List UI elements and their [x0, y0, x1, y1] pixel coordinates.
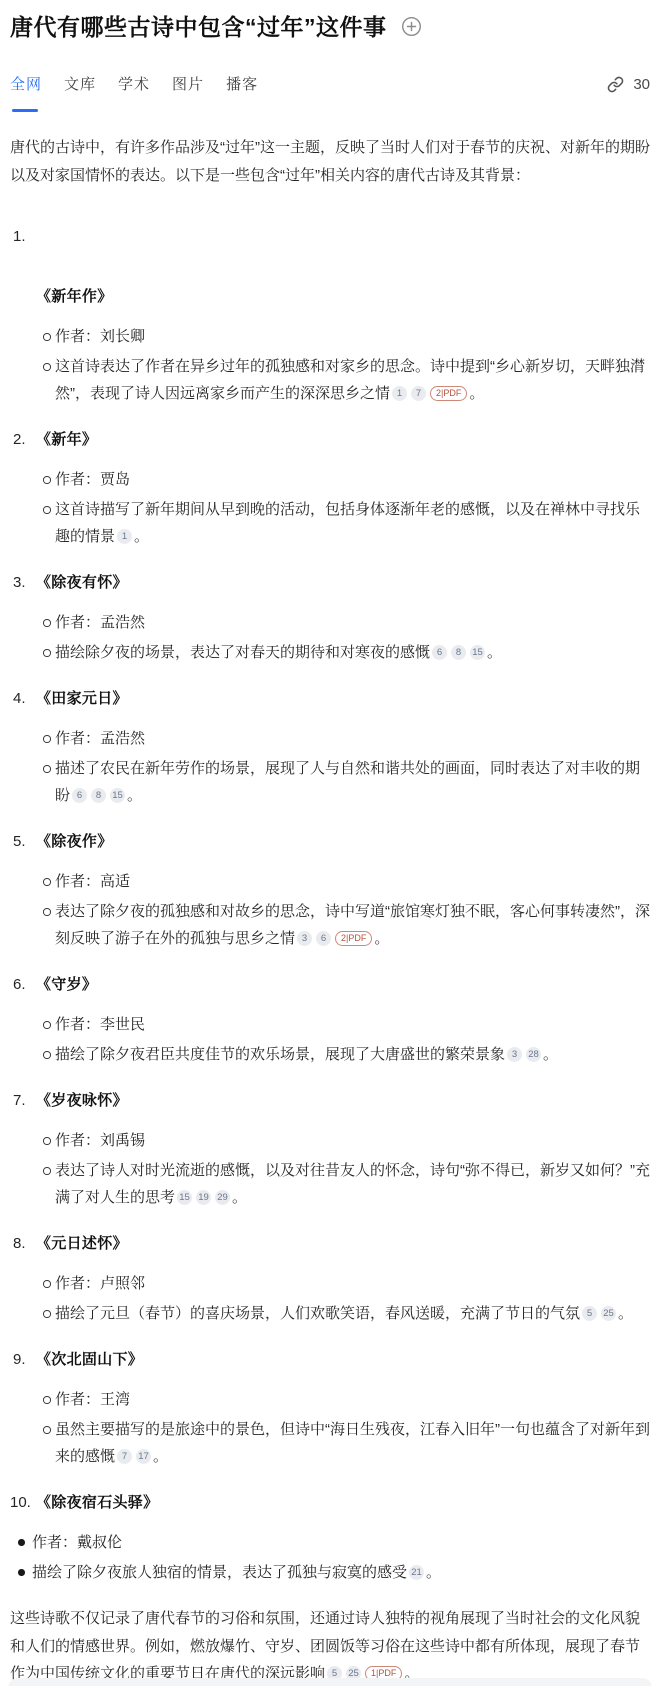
- poem-detail-list: 作者：孟浩然描绘除夕夜的场景，表达了对春天的期待和对寒夜的感慨6815。: [10, 609, 650, 666]
- page-title: 唐代有哪些古诗中包含“过年”这件事: [10, 12, 387, 42]
- description-line: 描绘了除夕夜君臣共度佳节的欢乐场景，展现了大唐盛世的繁荣景象328。: [10, 1041, 650, 1068]
- poem-detail-list: 作者：卢照邻描绘了元旦（春节）的喜庆场景，人们欢歌笑语，春风送暖，充满了节日的气…: [10, 1270, 650, 1327]
- citation-badge[interactable]: 15: [470, 645, 485, 660]
- poem-title: 《新年》: [36, 431, 97, 448]
- author-line: 作者：孟浩然: [10, 609, 650, 636]
- description-text: 描绘了除夕夜君臣共度佳节的欢乐场景，展现了大唐盛世的繁荣景象: [55, 1046, 505, 1063]
- list-number: 1.: [10, 223, 36, 250]
- citation-badge[interactable]: 15: [177, 1190, 192, 1205]
- poem-detail-list: 作者：戴叔伦描绘了除夕夜旅人独宿的情景，表达了孤独与寂寞的感受21。: [10, 1529, 650, 1586]
- tab-list: 全网文库学术图片播客: [10, 73, 258, 96]
- list-number: 5.: [10, 828, 36, 855]
- list-number: 3.: [10, 569, 36, 596]
- intro-paragraph: 唐代的古诗中，有许多作品涉及“过年”这一主题，反映了当时人们对于春节的庆祝、对新…: [10, 134, 650, 190]
- poem-item-head: 8.《元日述怀》: [10, 1230, 650, 1257]
- list-number: 2.: [10, 426, 36, 453]
- poem-title: 《次北固山下》: [36, 1351, 143, 1368]
- period: 。: [374, 930, 389, 947]
- description-line: 表达了诗人对时光流逝的感慨，以及对往昔友人的怀念，诗句“弥不得已，新岁又如何？”…: [10, 1157, 650, 1211]
- description-line: 描述了农民在新年劳作的场景，展现了人与自然和谐共处的画面，同时表达了对丰收的期盼…: [10, 755, 650, 809]
- poem-title: 《除夜有怀》: [36, 574, 128, 591]
- description-text: 描绘了元旦（春节）的喜庆场景，人们欢歌笑语，春风送暖，充满了节日的气氛: [55, 1305, 580, 1322]
- description-text: 这首诗表达了作者在异乡过年的孤独感和对家乡的思念。诗中提到“乡心新岁切，天畔独潸…: [55, 358, 645, 402]
- period: 。: [232, 1189, 247, 1206]
- period: 。: [426, 1564, 441, 1581]
- description-line: 虽然主要描写的是旅途中的景色，但诗中“海日生残夜，江春入旧年”一句也蕴含了对新年…: [10, 1416, 650, 1470]
- list-number: 9.: [10, 1346, 36, 1373]
- poem-title: 《除夜宿石头驿》: [36, 1494, 158, 1511]
- citation-badge[interactable]: 7: [117, 1449, 132, 1464]
- description-text: 表达了诗人对时光流逝的感慨，以及对往昔友人的怀念，诗句“弥不得已，新岁又如何？”…: [55, 1162, 650, 1206]
- citation-badge[interactable]: 3: [297, 931, 312, 946]
- author-line: 作者：高适: [10, 868, 650, 895]
- citation-badge[interactable]: 6: [316, 931, 331, 946]
- citation-badge[interactable]: 8: [451, 645, 466, 660]
- poem-item-4: 4.《田家元日》作者：孟浩然描述了农民在新年劳作的场景，展现了人与自然和谐共处的…: [10, 685, 650, 809]
- citation-badge[interactable]: 19: [196, 1190, 211, 1205]
- question-header: 唐代有哪些古诗中包含“过年”这件事: [10, 12, 650, 42]
- tab-4[interactable]: 播客: [226, 73, 258, 96]
- citation-badge[interactable]: 21: [409, 1565, 424, 1580]
- description-text: 描绘了除夕夜旅人独宿的情景，表达了孤独与寂寞的感受: [32, 1564, 407, 1581]
- poem-item-8: 8.《元日述怀》作者：卢照邻描绘了元旦（春节）的喜庆场景，人们欢歌笑语，春风送暖…: [10, 1230, 650, 1327]
- poem-detail-list: 作者：贾岛这首诗描写了新年期间从早到晚的活动，包括身体逐渐年老的感慨，以及在禅林…: [10, 466, 650, 550]
- citation-badge[interactable]: 29: [215, 1190, 230, 1205]
- tab-bar: 全网文库学术图片播客 30: [10, 73, 650, 96]
- poem-item-6: 6.《守岁》作者：李世民描绘了除夕夜君臣共度佳节的欢乐场景，展现了大唐盛世的繁荣…: [10, 971, 650, 1068]
- citation-badge[interactable]: 7: [411, 386, 426, 401]
- poem-list: 1.《新年作》作者：刘长卿这首诗表达了作者在异乡过年的孤独感和对家乡的思念。诗中…: [10, 223, 650, 1586]
- poem-detail-list: 作者：高适表达了除夕夜的孤独感和对故乡的思念，诗中写道“旅馆寒灯独不眠，客心何事…: [10, 868, 650, 952]
- description-text: 描述了农民在新年劳作的场景，展现了人与自然和谐共处的画面，同时表达了对丰收的期盼: [55, 760, 640, 804]
- period: 。: [127, 787, 142, 804]
- author-line: 作者：卢照邻: [10, 1270, 650, 1297]
- closing-paragraph: 这些诗歌不仅记录了唐代春节的习俗和氛围，还通过诗人独特的视角展现了当时社会的文化…: [10, 1605, 650, 1686]
- citation-pdf-badge[interactable]: 2|PDF: [335, 931, 372, 946]
- list-number: 7.: [10, 1087, 36, 1114]
- citation-badge[interactable]: 28: [526, 1047, 541, 1062]
- period: 。: [134, 528, 149, 545]
- poem-item-5: 5.《除夜作》作者：高适表达了除夕夜的孤独感和对故乡的思念，诗中写道“旅馆寒灯独…: [10, 828, 650, 952]
- poem-item-7: 7.《岁夜咏怀》作者：刘禹锡表达了诗人对时光流逝的感慨，以及对往昔友人的怀念，诗…: [10, 1087, 650, 1211]
- list-number: 8.: [10, 1230, 36, 1257]
- period: 。: [543, 1046, 558, 1063]
- citation-badge[interactable]: 25: [601, 1306, 616, 1321]
- poem-item-2: 2.《新年》作者：贾岛这首诗描写了新年期间从早到晚的活动，包括身体逐渐年老的感慨…: [10, 426, 650, 550]
- poem-title: 《岁夜咏怀》: [36, 1092, 128, 1109]
- sources-button[interactable]: 30: [607, 76, 650, 93]
- poem-item-head: 2.《新年》: [10, 426, 650, 453]
- tab-1[interactable]: 文库: [64, 73, 96, 96]
- description-line: 这首诗描写了新年期间从早到晚的活动，包括身体逐渐年老的感慨，以及在禅林中寻找乐趣…: [10, 496, 650, 550]
- citation-badge[interactable]: 6: [72, 788, 87, 803]
- plus-circle-icon[interactable]: [401, 16, 422, 37]
- poem-detail-list: 作者：刘禹锡表达了诗人对时光流逝的感慨，以及对往昔友人的怀念，诗句“弥不得已，新…: [10, 1127, 650, 1211]
- period: 。: [153, 1448, 168, 1465]
- period: 。: [487, 644, 502, 661]
- poem-detail-list: 作者：李世民描绘了除夕夜君臣共度佳节的欢乐场景，展现了大唐盛世的繁荣景象328。: [10, 1011, 650, 1068]
- author-line: 作者：戴叔伦: [10, 1529, 650, 1556]
- description-text: 描绘除夕夜的场景，表达了对春天的期待和对寒夜的感慨: [55, 644, 430, 661]
- sources-count: 30: [633, 76, 650, 93]
- poem-item-head: 1.《新年作》: [10, 223, 650, 310]
- closing-text: 这些诗歌不仅记录了唐代春节的习俗和氛围，还通过诗人独特的视角展现了当时社会的文化…: [10, 1610, 640, 1682]
- poem-item-head: 5.《除夜作》: [10, 828, 650, 855]
- poem-detail-list: 作者：王湾虽然主要描写的是旅途中的景色，但诗中“海日生残夜，江春入旧年”一句也蕴…: [10, 1386, 650, 1470]
- poem-item-head: 10.《除夜宿石头驿》: [10, 1489, 650, 1516]
- followup-input-peek[interactable]: [8, 1678, 652, 1686]
- description-line: 描绘除夕夜的场景，表达了对春天的期待和对寒夜的感慨6815。: [10, 639, 650, 666]
- list-number: 6.: [10, 971, 36, 998]
- description-line: 表达了除夕夜的孤独感和对故乡的思念，诗中写道“旅馆寒灯独不眠，客心何事转凄然”，…: [10, 898, 650, 952]
- link-icon: [607, 76, 624, 93]
- tab-3[interactable]: 图片: [172, 73, 204, 96]
- poem-item-head: 4.《田家元日》: [10, 685, 650, 712]
- period: 。: [469, 385, 484, 402]
- list-number: 4.: [10, 685, 36, 712]
- tab-0[interactable]: 全网: [10, 73, 42, 96]
- poem-detail-list: 作者：孟浩然描述了农民在新年劳作的场景，展现了人与自然和谐共处的画面，同时表达了…: [10, 725, 650, 809]
- answer-body: 唐代的古诗中，有许多作品涉及“过年”这一主题，反映了当时人们对于春节的庆祝、对新…: [10, 134, 650, 1686]
- citation-badge[interactable]: 15: [110, 788, 125, 803]
- description-line: 描绘了元旦（春节）的喜庆场景，人们欢歌笑语，春风送暖，充满了节日的气氛525。: [10, 1300, 650, 1327]
- poem-item-head: 3.《除夜有怀》: [10, 569, 650, 596]
- description-line: 描绘了除夕夜旅人独宿的情景，表达了孤独与寂寞的感受21。: [10, 1559, 650, 1586]
- citation-badge[interactable]: 8: [91, 788, 106, 803]
- citation-badge[interactable]: 3: [507, 1047, 522, 1062]
- tab-2[interactable]: 学术: [118, 73, 150, 96]
- poem-title: 《新年作》: [36, 283, 650, 310]
- citation-pdf-badge[interactable]: 2|PDF: [430, 386, 467, 401]
- citation-badge[interactable]: 1: [392, 386, 407, 401]
- poem-item-3: 3.《除夜有怀》作者：孟浩然描绘除夕夜的场景，表达了对春天的期待和对寒夜的感慨6…: [10, 569, 650, 666]
- author-line: 作者：刘长卿: [10, 323, 650, 350]
- poem-title: 《除夜作》: [36, 833, 113, 850]
- poem-item-head: 9.《次北固山下》: [10, 1346, 650, 1373]
- period: 。: [618, 1305, 633, 1322]
- author-line: 作者：孟浩然: [10, 725, 650, 752]
- author-line: 作者：刘禹锡: [10, 1127, 650, 1154]
- poem-item-9: 9.《次北固山下》作者：王湾虽然主要描写的是旅途中的景色，但诗中“海日生残夜，江…: [10, 1346, 650, 1470]
- poem-item-head: 7.《岁夜咏怀》: [10, 1087, 650, 1114]
- poem-detail-list: 作者：刘长卿这首诗表达了作者在异乡过年的孤独感和对家乡的思念。诗中提到“乡心新岁…: [10, 323, 650, 407]
- citation-badge[interactable]: 1: [117, 529, 132, 544]
- citation-badge[interactable]: 5: [582, 1306, 597, 1321]
- citation-badge[interactable]: 6: [432, 645, 447, 660]
- poem-title: 《元日述怀》: [36, 1235, 128, 1252]
- list-number: 10.: [10, 1489, 36, 1516]
- citation-badge[interactable]: 17: [136, 1449, 151, 1464]
- poem-title: 《守岁》: [36, 976, 97, 993]
- poem-item-10: 10.《除夜宿石头驿》作者：戴叔伦描绘了除夕夜旅人独宿的情景，表达了孤独与寂寞的…: [10, 1489, 650, 1586]
- author-line: 作者：贾岛: [10, 466, 650, 493]
- author-line: 作者：王湾: [10, 1386, 650, 1413]
- poem-item-1: 1.《新年作》作者：刘长卿这首诗表达了作者在异乡过年的孤独感和对家乡的思念。诗中…: [10, 223, 650, 407]
- author-line: 作者：李世民: [10, 1011, 650, 1038]
- poem-title: 《田家元日》: [36, 690, 128, 707]
- description-line: 这首诗表达了作者在异乡过年的孤独感和对家乡的思念。诗中提到“乡心新岁切，天畔独潸…: [10, 353, 650, 407]
- poem-item-head: 6.《守岁》: [10, 971, 650, 998]
- answer-page: 唐代有哪些古诗中包含“过年”这件事 全网文库学术图片播客 30 唐代的古诗中，有…: [0, 0, 660, 1686]
